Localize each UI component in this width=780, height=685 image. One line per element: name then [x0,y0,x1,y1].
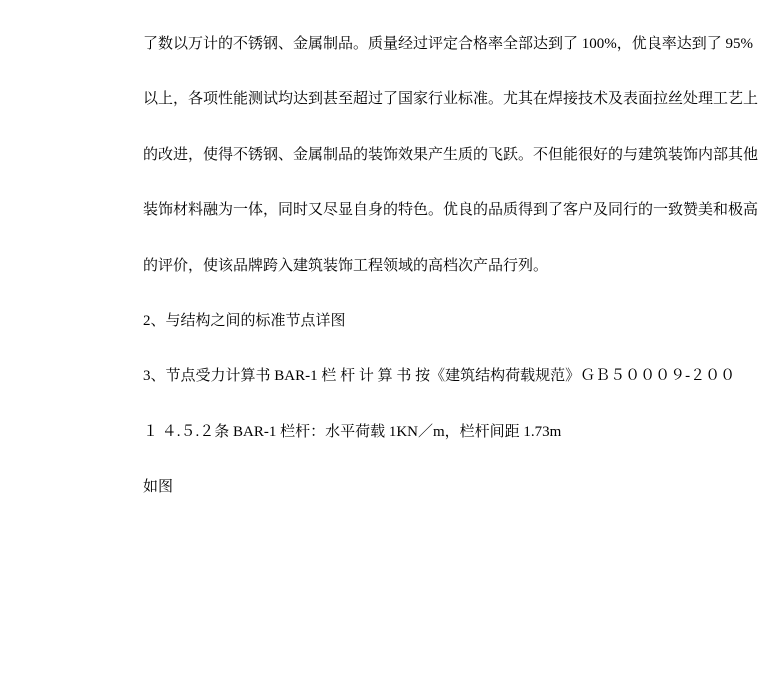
paragraph-line-2: 以上，各项性能测试均达到甚至超过了国家行业标准。尤其在焊接技术及表面拉丝处理工艺… [143,90,780,145]
paragraph-line-5: 的评价，使该品牌跨入建筑装饰工程领域的高档次产品行列。 [143,257,780,312]
document-page: 了数以万计的不锈钢、金属制品。质量经过评定合格率全部达到了 100%，优良率达到… [0,0,780,685]
list-item-3-calc-line-2: １ ４.５.２条 BAR-1 栏杆：水平荷载 1KN／m，栏杆间距 1.73m [143,423,780,478]
paragraph-line-3: 的改进，使得不锈钢、金属制品的装饰效果产生质的飞跃。不但能很好的与建筑装饰内部其… [143,146,780,201]
list-item-2-heading: 2、与结构之间的标准节点详图 [143,312,780,367]
paragraph-line-4: 装饰材料融为一体，同时又尽显自身的特色。优良的品质得到了客户及同行的一致赞美和极… [143,201,780,256]
paragraph-line-1: 了数以万计的不锈钢、金属制品。质量经过评定合格率全部达到了 100%，优良率达到… [143,35,780,90]
list-item-3-calc-line-1: 3、节点受力计算书 BAR-1 栏 杆 计 算 书 按《建筑结构荷载规范》ＧＢ５… [143,367,780,422]
figure-reference-text: 如图 [143,478,780,533]
